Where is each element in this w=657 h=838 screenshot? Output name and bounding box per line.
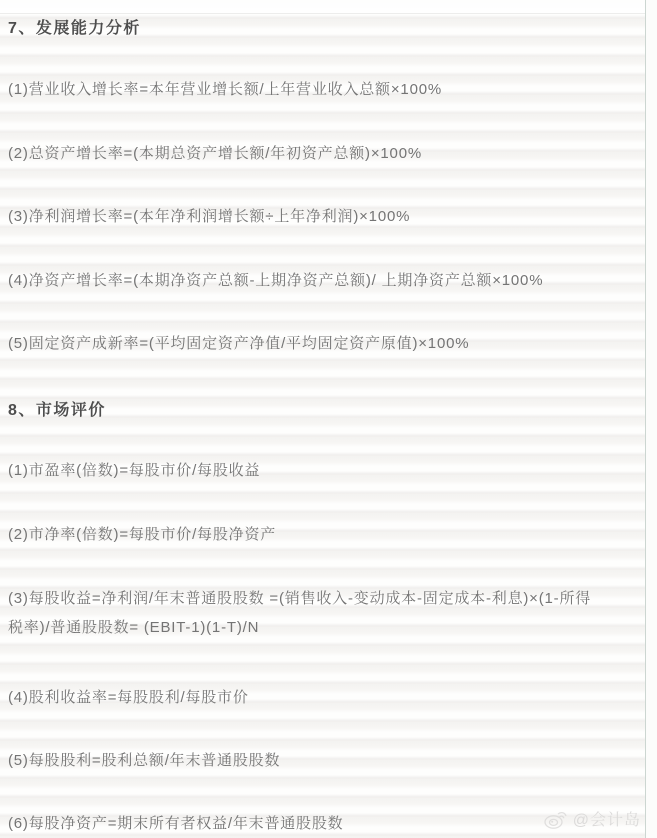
formula-line: (5)固定资产成新率=(平均固定资产净值/平均固定资产原值)×100% [8,329,635,358]
watermark: @会计岛 [543,807,641,830]
section-7-heading: 7、发展能力分析 [8,15,635,38]
formula-line: (4)净资产增长率=(本期净资产总额-上期净资产总额)/ 上期净资产总额×100… [8,266,635,295]
formula-line: (4)股利收益率=每股股利/每股市价 [8,683,635,712]
formula-line: (2)总资产增长率=(本期总资产增长额/年初资产总额)×100% [8,139,635,168]
formula-line: (1)营业收入增长率=本年营业增长额/上年营业收入总额×100% [8,75,635,104]
section-8-heading: 8、市场评价 [8,397,635,420]
formula-line: (3)净利润增长率=(本年净利润增长额÷上年净利润)×100% [8,202,635,231]
formula-line: (5)每股股利=股利总额/年末普通股股数 [8,746,635,775]
formula-knowledge-card: 7、发展能力分析 (1)营业收入增长率=本年营业增长额/上年营业收入总额×100… [0,0,657,838]
weibo-logo-icon [543,808,569,830]
watermark-text: @会计岛 [573,807,641,830]
formula-line: (1)市盈率(倍数)=每股市价/每股收益 [8,456,635,485]
formula-line-part-1: (3)每股收益=净利润/年末普通股股数 =(销售收入-变动成本-固定成本-利息)… [8,584,635,613]
right-margin-strip [645,0,657,838]
formula-line-part-2: 税率)/普通股股数= (EBIT-1)(1-T)/N [8,613,635,642]
top-margin-band [0,0,657,14]
formula-line-multiline: (3)每股收益=净利润/年末普通股股数 =(销售收入-变动成本-固定成本-利息)… [8,584,635,642]
formula-line: (6)每股净资产=期末所有者权益/年末普通股股数 [8,809,635,838]
formula-line: (2)市净率(倍数)=每股市价/每股净资产 [8,520,635,549]
